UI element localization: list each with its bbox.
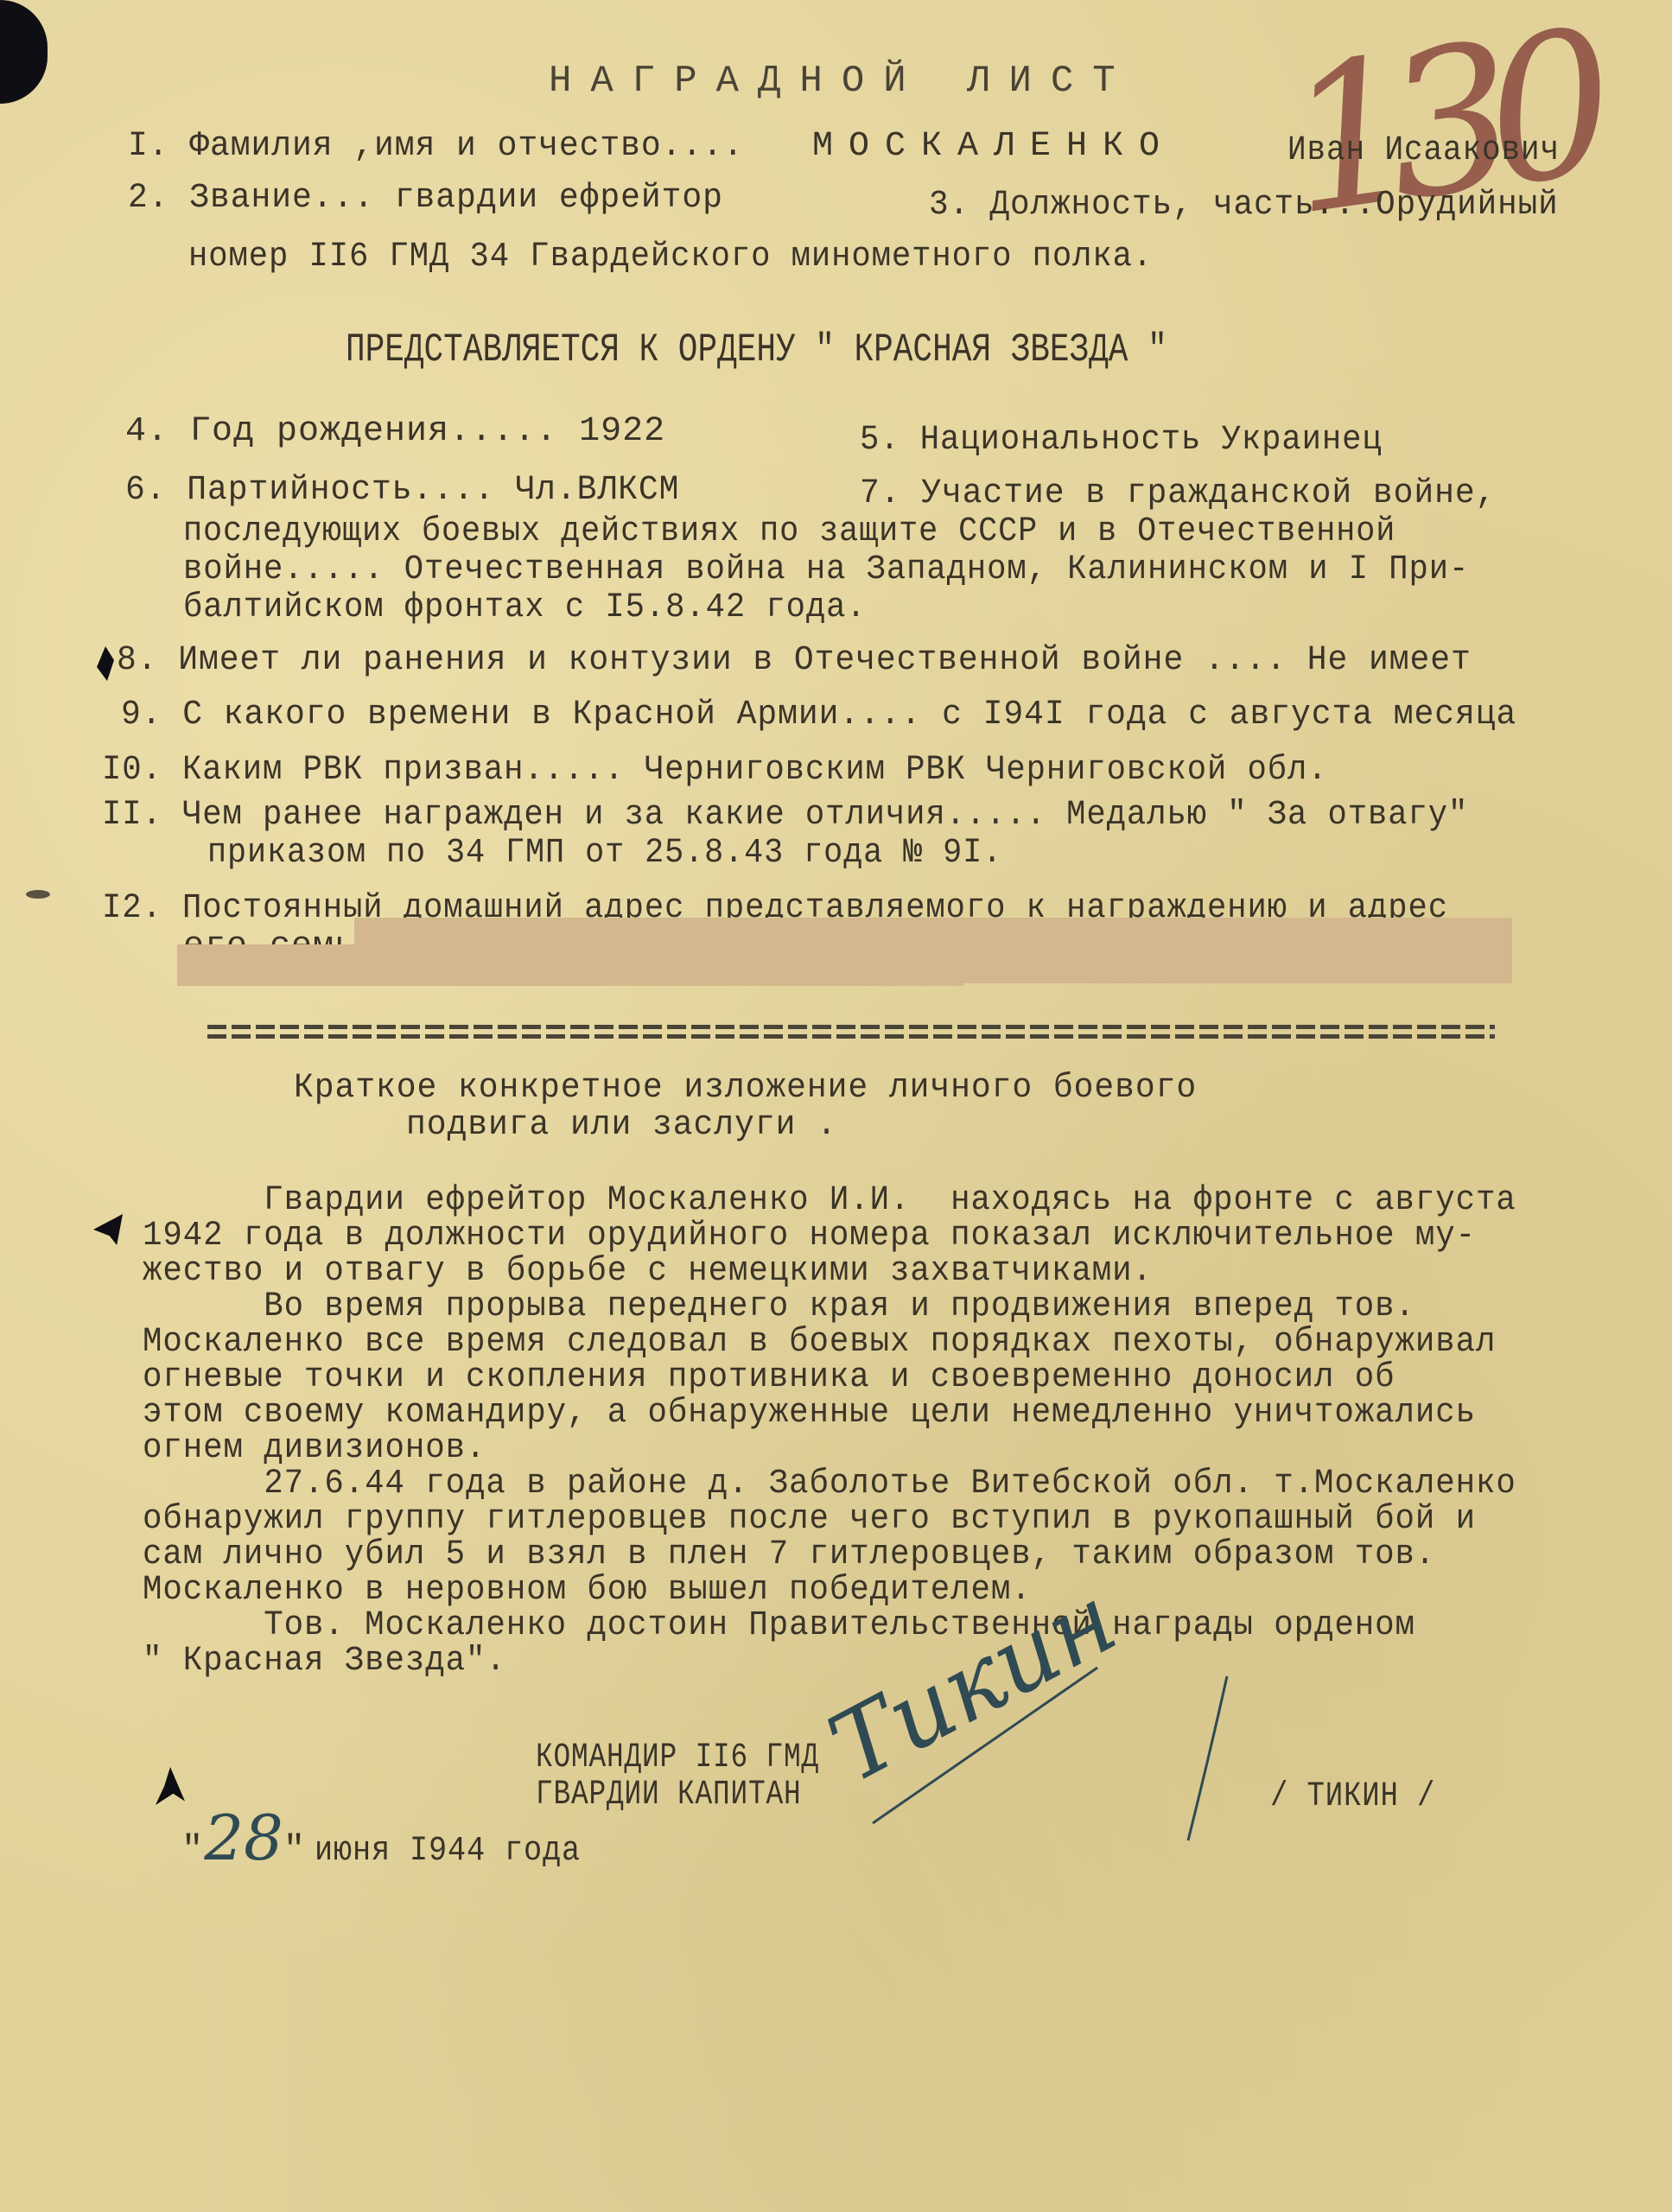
narrative-line: жество и отвагу в борьбе с немецкими зах… — [143, 1255, 1516, 1290]
date-close-quote: " — [283, 1829, 306, 1871]
field-7-participation: 7. Участие в гражданской войне, — [860, 477, 1496, 512]
field-7-line-2: последующих боевых действиях по защите С… — [183, 515, 1395, 550]
field-1-surname: МОСКАЛЕНКО — [812, 130, 1175, 164]
narrative-line: Во время прорыва переднего края и продви… — [143, 1290, 1516, 1325]
punch-hole-mid — [93, 1214, 123, 1245]
summary-heading-line-2: подвига или заслуги . — [406, 1109, 837, 1143]
field-5-nationality: 5. Национальность Украинец — [860, 423, 1383, 458]
field-11-prior-awards: II. Чем ранее награжден и за какие отлич… — [102, 798, 1468, 833]
margin-mark — [26, 890, 50, 899]
narrative-line: сам лично убил 5 и взял в плен 7 гитлеро… — [143, 1538, 1516, 1573]
separator-rule-bottom — [207, 1034, 1495, 1039]
narrative-body: Гвардии ефрейтор Москаленко И.И. находяс… — [143, 1184, 1612, 1680]
field-3-position-cont: номер II6 ГМД 34 Гвардейского минометног… — [188, 240, 1153, 275]
document-date: "28" июня I944 года — [181, 1802, 617, 1874]
field-2-rank: 2. Звание... гвардии ефрейтор — [128, 181, 723, 216]
signatory-title-1: КОМАНДИР II6 ГМД — [536, 1741, 819, 1776]
date-day: 28 — [204, 1802, 283, 1874]
field-9-service-since: 9. С какого времени в Красной Армии.... … — [121, 698, 1516, 733]
field-4-birth-year: 4. Год рождения..... 1922 — [125, 415, 665, 449]
signatory-name: / ТИКИН / — [1270, 1780, 1435, 1815]
field-11-line-2: приказом по 34 ГМП от 25.8.43 года № 9I. — [207, 836, 1002, 871]
separator-rule-top — [207, 1025, 1495, 1029]
redacted-address-block-2 — [177, 944, 963, 986]
narrative-line: огнем дивизионов. — [143, 1432, 1516, 1467]
narrative-line: этом своему командиру, а обнаруженные це… — [143, 1396, 1516, 1432]
summary-heading-line-1: Краткое конкретное изложение личного бое… — [294, 1071, 1197, 1106]
document-title: НАГРАДНОЙ ЛИСТ — [549, 62, 1135, 100]
field-1-label: I. Фамилия ,имя и отчество.... — [128, 130, 744, 164]
narrative-line: Гвардии ефрейтор Москаленко И.И. находяс… — [143, 1184, 1516, 1219]
narrative-line: огневые точки и скопления противника и с… — [143, 1361, 1516, 1396]
field-3-position: 3. Должность, часть...Орудийный — [929, 188, 1559, 223]
field-7-line-4: балтийском фронтах с I5.8.42 года. — [183, 591, 867, 626]
narrative-line: Москаленко в неровном бою вышел победите… — [143, 1573, 1516, 1609]
narrative-line: Тов. Москаленко достоин Правительственно… — [143, 1609, 1516, 1644]
date-open-quote: " — [181, 1829, 204, 1871]
field-10-conscription: I0. Каким РВК призван..... Черниговским … — [102, 753, 1327, 788]
field-6-party: 6. Партийность.... Чл.ВЛКСМ — [125, 474, 679, 508]
punch-hole-item8 — [97, 646, 114, 681]
punch-hole-top — [0, 0, 48, 104]
punch-hole-lower — [156, 1767, 185, 1805]
narrative-line: " Красная Звезда". — [143, 1644, 1516, 1680]
narrative-line: 27.6.44 года в районе д. Заболотье Витеб… — [143, 1467, 1516, 1503]
field-8-wounds: 8. Имеет ли ранения и контузии в Отечест… — [117, 644, 1472, 678]
field-1-name: Иван Исаакович — [1287, 134, 1560, 168]
field-7-line-3: войне..... Отечественная война на Западн… — [183, 553, 1469, 588]
narrative-line: обнаружил группу гитлеровцев после чего … — [143, 1503, 1516, 1538]
signature-stroke — [864, 1650, 1262, 1849]
nomination-heading: ПРЕДСТАВЛЯЕТСЯ К ОРДЕНУ " КРАСНАЯ ЗВЕЗДА… — [346, 330, 1167, 370]
narrative-line: Москаленко все время следовал в боевых п… — [143, 1325, 1516, 1361]
date-month-year: июня I944 года — [315, 1834, 581, 1869]
narrative-line: 1942 года в должности орудийного номера … — [143, 1219, 1516, 1255]
